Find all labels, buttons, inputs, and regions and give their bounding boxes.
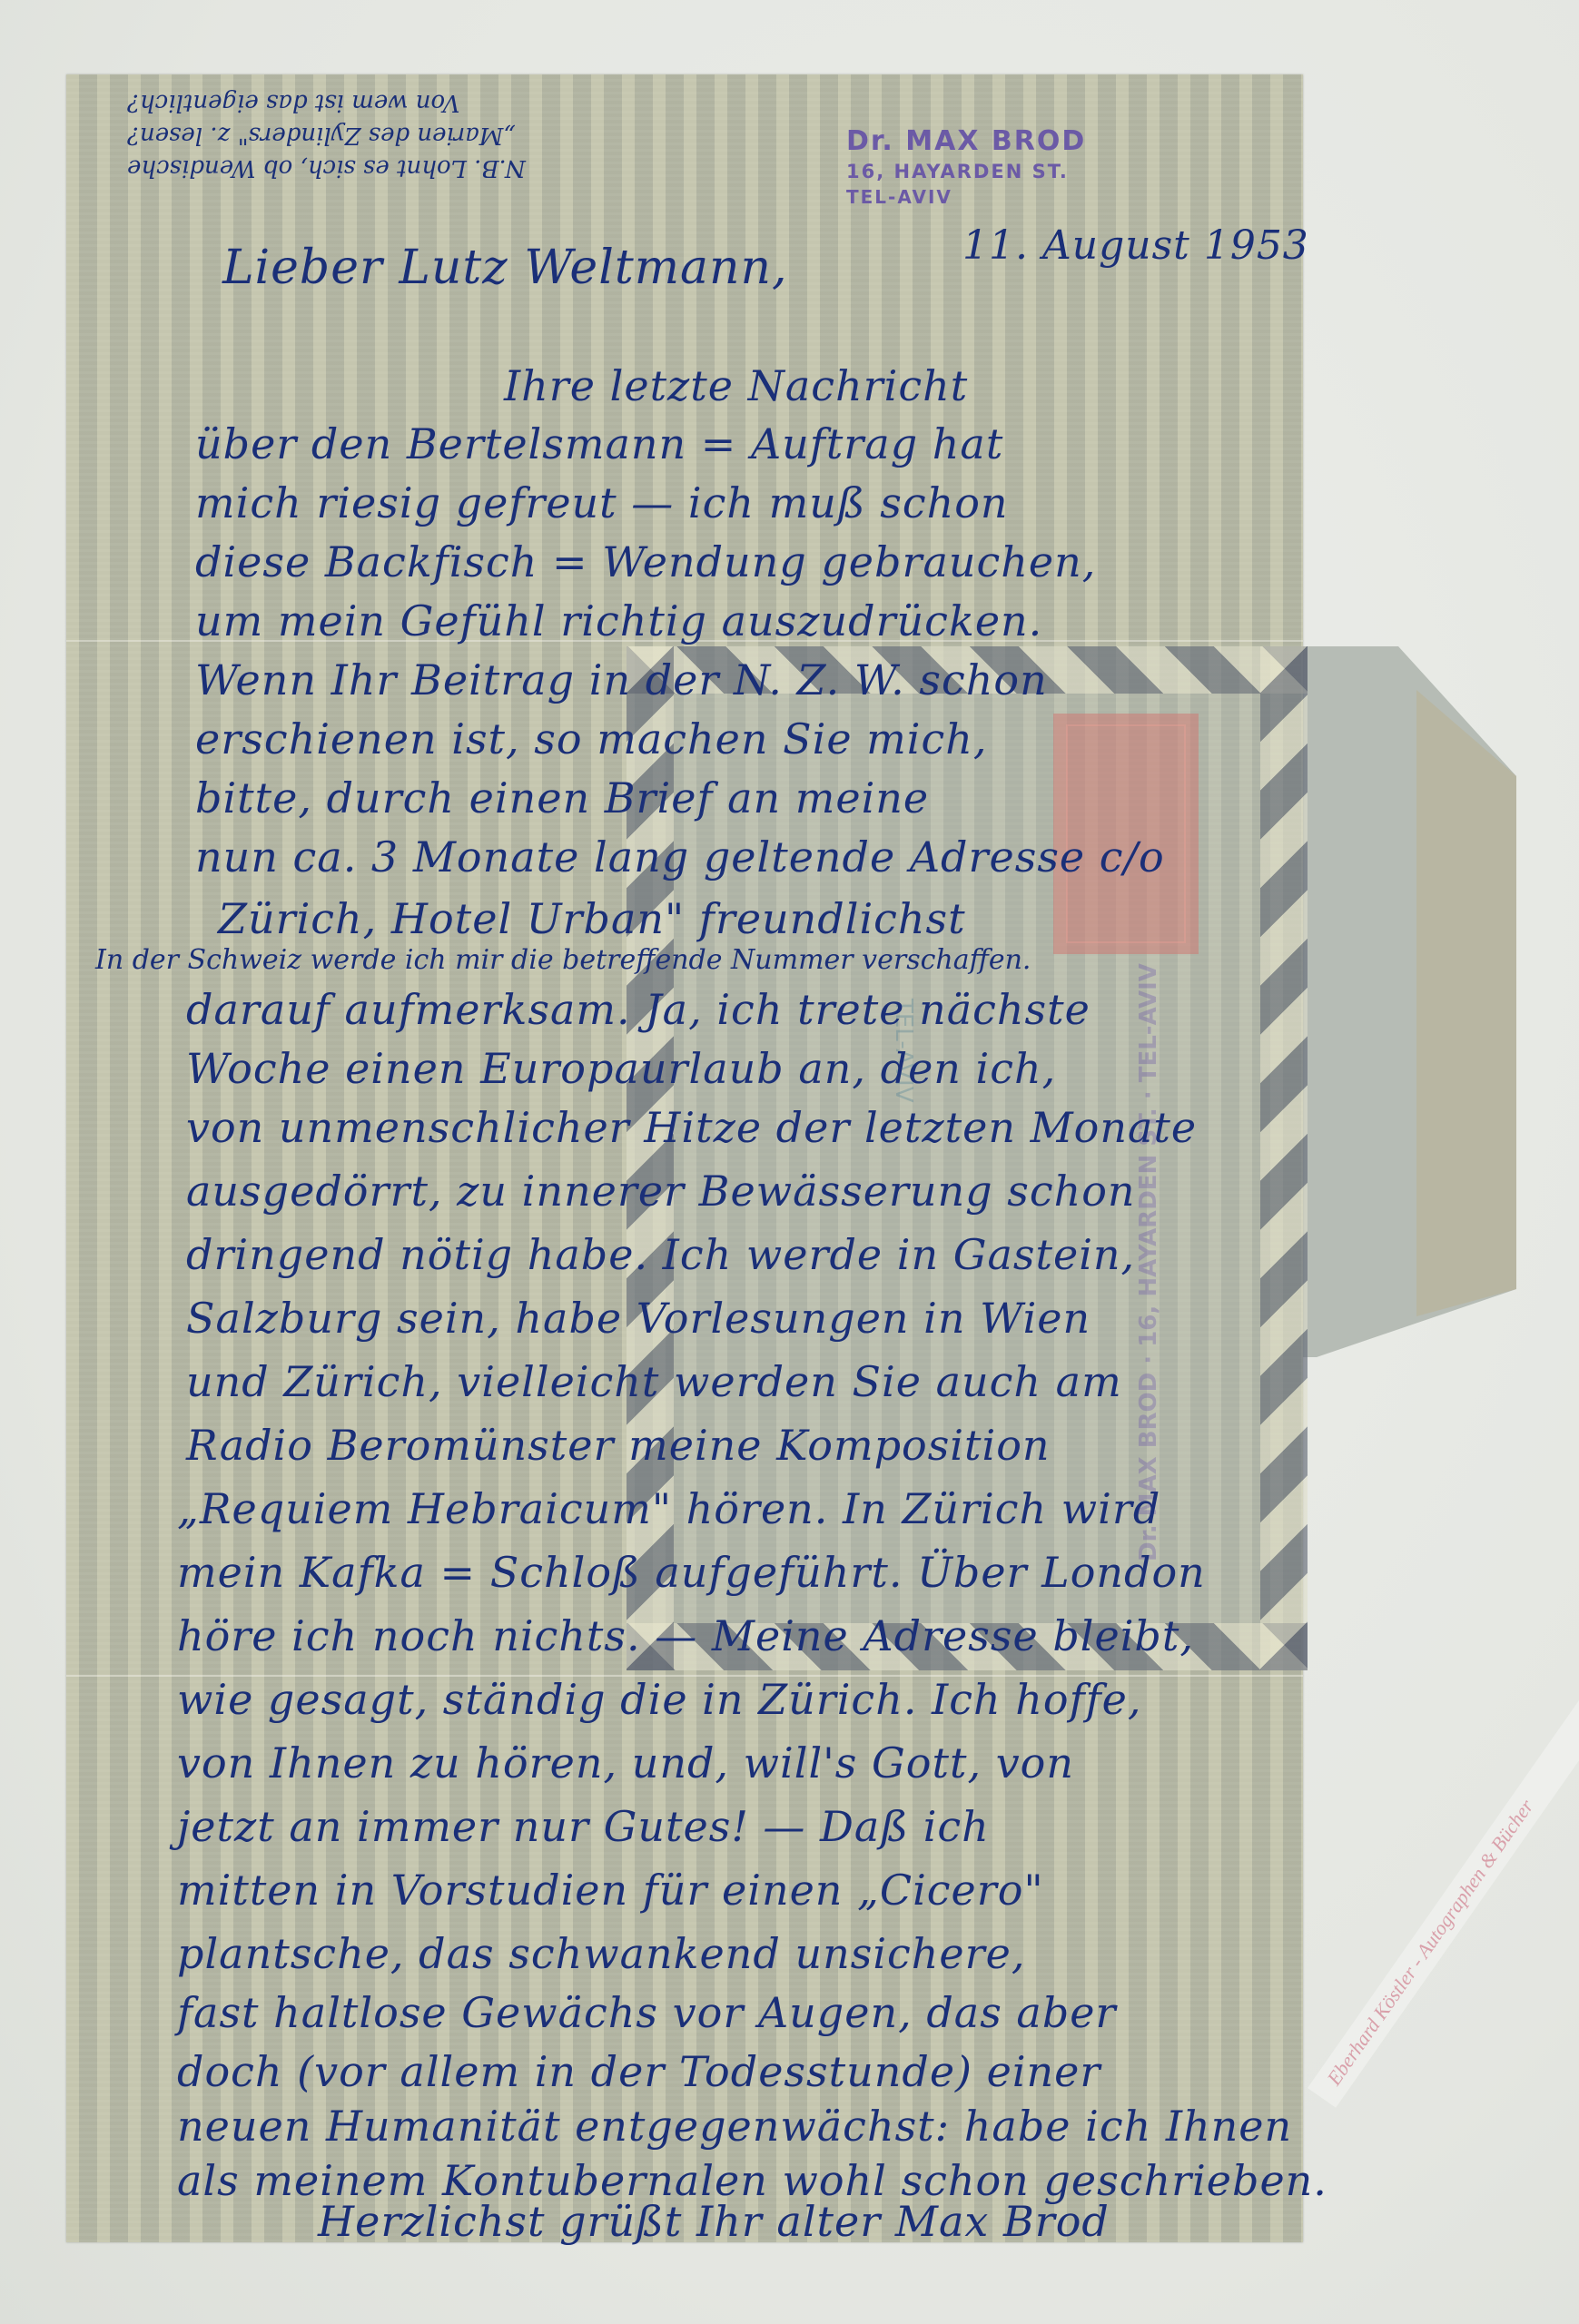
body-line: neuen Humanität entgegenwächst: habe ich… (177, 2102, 1292, 2151)
postscript-line: Von wem ist das eigentlich? (127, 86, 835, 119)
body-line: darauf aufmerksam. Ja, ich trete nächste (186, 985, 1090, 1034)
postscript-line: „Marien des Zylinders" z. lesen? (127, 119, 835, 152)
body-line: Wenn Ihr Beitrag in der N. Z. W. schon (195, 655, 1048, 704)
letter-date: 11. August 1953 (962, 222, 1309, 269)
body-line: mitten in Vorstudien für einen „Cicero" (177, 1866, 1044, 1915)
airmail-border-right (1260, 646, 1308, 1670)
body-line: diese Backfisch = Wendung gebrauchen, (195, 537, 1096, 586)
body-line: Salzburg sein, habe Vorlesungen in Wien (186, 1294, 1090, 1343)
body-line: erschienen ist, so machen Sie mich, (195, 714, 988, 763)
body-line: nun ca. 3 Monate lang geltende Adresse c… (195, 832, 1165, 881)
body-line: um mein Gefühl richtig auszudrücken. (195, 596, 1042, 645)
salutation: Lieber Lutz Weltmann, (222, 241, 788, 295)
body-line: und Zürich, vielleicht werden Sie auch a… (186, 1357, 1122, 1406)
letterhead-street: 16, HAYARDEN ST. (846, 158, 1086, 185)
body-line: jetzt an immer nur Gutes! — Daß ich (177, 1802, 990, 1851)
body-line: höre ich noch nichts. — Meine Adresse bl… (177, 1611, 1194, 1660)
body-line: ausgedörrt, zu innerer Bewässerung schon (186, 1167, 1136, 1216)
body-line: mein Kafka = Schloß aufgeführt. Über Lon… (177, 1548, 1206, 1597)
body-line: dringend nötig habe. Ich werde in Gastei… (186, 1230, 1135, 1279)
body-line: von unmenschlicher Hitze der letzten Mon… (186, 1103, 1197, 1152)
body-line: Woche einen Europaurlaub an, den ich, (186, 1044, 1056, 1093)
body-line: mich riesig gefreut — ich muß schon (195, 478, 1009, 527)
body-line: bitte, durch einen Brief an meine (195, 773, 929, 822)
letterhead-stamp: Dr. MAX BROD 16, HAYARDEN ST. TEL-AVIV (846, 125, 1086, 209)
body-line: über den Bertelsmann = Auftrag hat (195, 419, 1003, 468)
return-address-stamp-mirrored: Dr. MAX BROD · 16, HAYARDEN ST. · TEL-AV… (1135, 963, 1162, 1561)
body-line: fast haltlose Gewächs vor Augen, das abe… (177, 1988, 1117, 2037)
body-line: wie gesagt, ständig die in Zürich. Ich h… (177, 1675, 1141, 1724)
body-line: von Ihnen zu hören, und, will's Gott, vo… (177, 1738, 1074, 1787)
letterhead-name: Dr. MAX BROD (846, 125, 1086, 158)
upside-down-postscript: N.B. Lohnt es sich, ob Wendische „Marien… (127, 86, 835, 184)
body-line: doch (vor allem in der Todesstunde) eine… (177, 2047, 1100, 2096)
body-line: Radio Beromünster meine Komposition (186, 1421, 1051, 1470)
postscript-line: N.B. Lohnt es sich, ob Wendische (127, 152, 835, 184)
body-line: „Requiem Hebraicum" hören. In Zürich wir… (177, 1484, 1160, 1533)
body-line: plantsche, das schwankend unsichere, (177, 1929, 1025, 1978)
body-line: Zürich, Hotel Urban" freundlichst (218, 894, 966, 943)
inserted-note: In der Schweiz werde ich mir die betreff… (95, 944, 1031, 976)
letterhead-city: TEL-AVIV (846, 185, 1086, 209)
body-line: Ihre letzte Nachricht (504, 361, 968, 410)
closing-signature: Herzlichst grüßt Ihr alter Max Brod (318, 2197, 1110, 2246)
